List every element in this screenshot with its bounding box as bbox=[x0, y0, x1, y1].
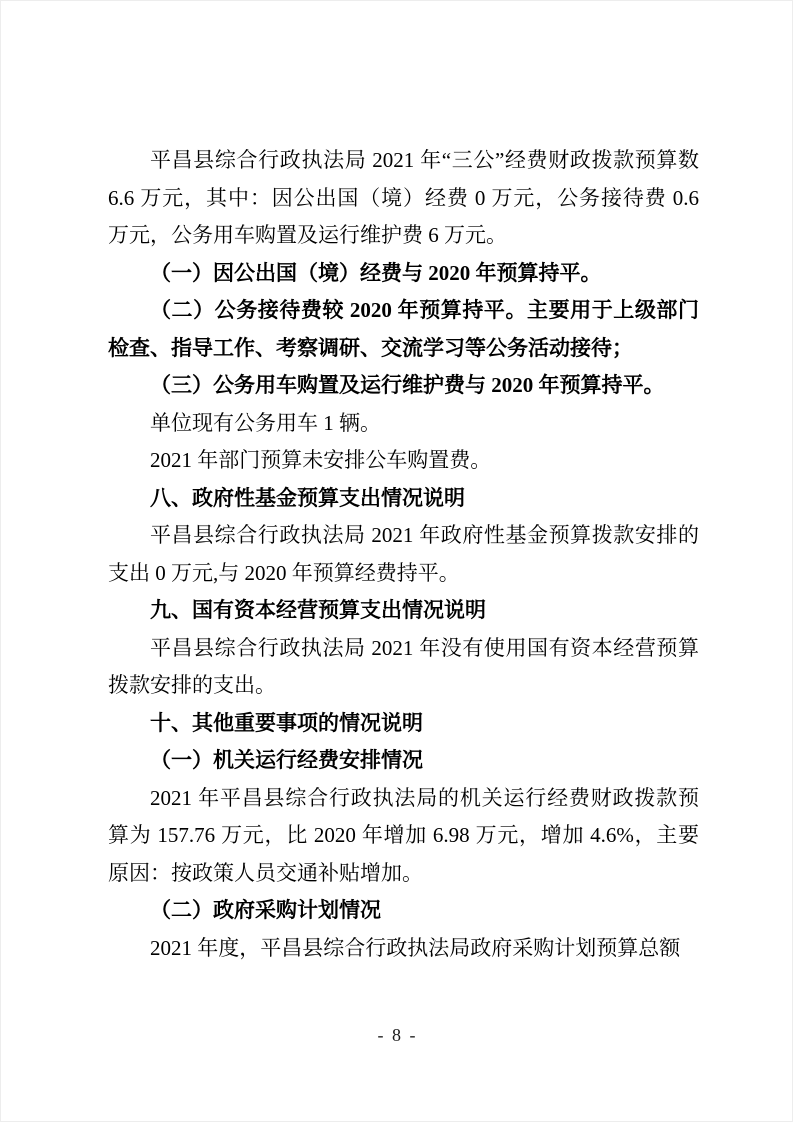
paragraph-three-public-budget-summary: 平昌县综合行政执法局 2021 年“三公”经费财政拨款预算数 6.6 万元，其中… bbox=[108, 142, 699, 255]
section-heading-10-other-matters: 十、其他重要事项的情况说明 bbox=[108, 705, 699, 743]
paragraph-state-capital-detail: 平昌县综合行政执法局 2021 年没有使用国有资本经营预算拨款安排的支出。 bbox=[108, 630, 699, 705]
heading-item-3-vehicle-expense: （三）公务用车购置及运行维护费与 2020 年预算持平。 bbox=[108, 367, 699, 405]
section-heading-9-state-capital-budget: 九、国有资本经营预算支出情况说明 bbox=[108, 592, 699, 630]
paragraph-operating-expense-detail: 2021 年平昌县综合行政执法局的机关运行经费财政拨款预算为 157.76 万元… bbox=[108, 780, 699, 893]
heading-item-2-official-reception: （二）公务接待费较 2020 年预算持平。主要用于上级部门检查、指导工作、考察调… bbox=[108, 292, 699, 367]
page-number: - 8 - bbox=[378, 1025, 418, 1045]
subheading-1-operating-expense: （一）机关运行经费安排情况 bbox=[108, 742, 699, 780]
paragraph-procurement-detail: 2021 年度，平昌县综合行政执法局政府采购计划预算总额 bbox=[108, 930, 699, 968]
page-footer: - 8 - bbox=[1, 1025, 793, 1046]
document-body: 平昌县综合行政执法局 2021 年“三公”经费财政拨款预算数 6.6 万元，其中… bbox=[108, 142, 699, 967]
section-heading-8-gov-fund-budget: 八、政府性基金预算支出情况说明 bbox=[108, 480, 699, 518]
paragraph-no-vehicle-purchase: 2021 年部门预算未安排公车购置费。 bbox=[108, 442, 699, 480]
document-page: 平昌县综合行政执法局 2021 年“三公”经费财政拨款预算数 6.6 万元，其中… bbox=[0, 0, 793, 1122]
paragraph-gov-fund-detail: 平昌县综合行政执法局 2021 年政府性基金预算拨款安排的支出 0 万元,与 2… bbox=[108, 517, 699, 592]
heading-item-1-overseas-expense: （一）因公出国（境）经费与 2020 年预算持平。 bbox=[108, 255, 699, 293]
subheading-2-procurement-plan: （二）政府采购计划情况 bbox=[108, 892, 699, 930]
paragraph-vehicle-count: 单位现有公务用车 1 辆。 bbox=[108, 405, 699, 443]
